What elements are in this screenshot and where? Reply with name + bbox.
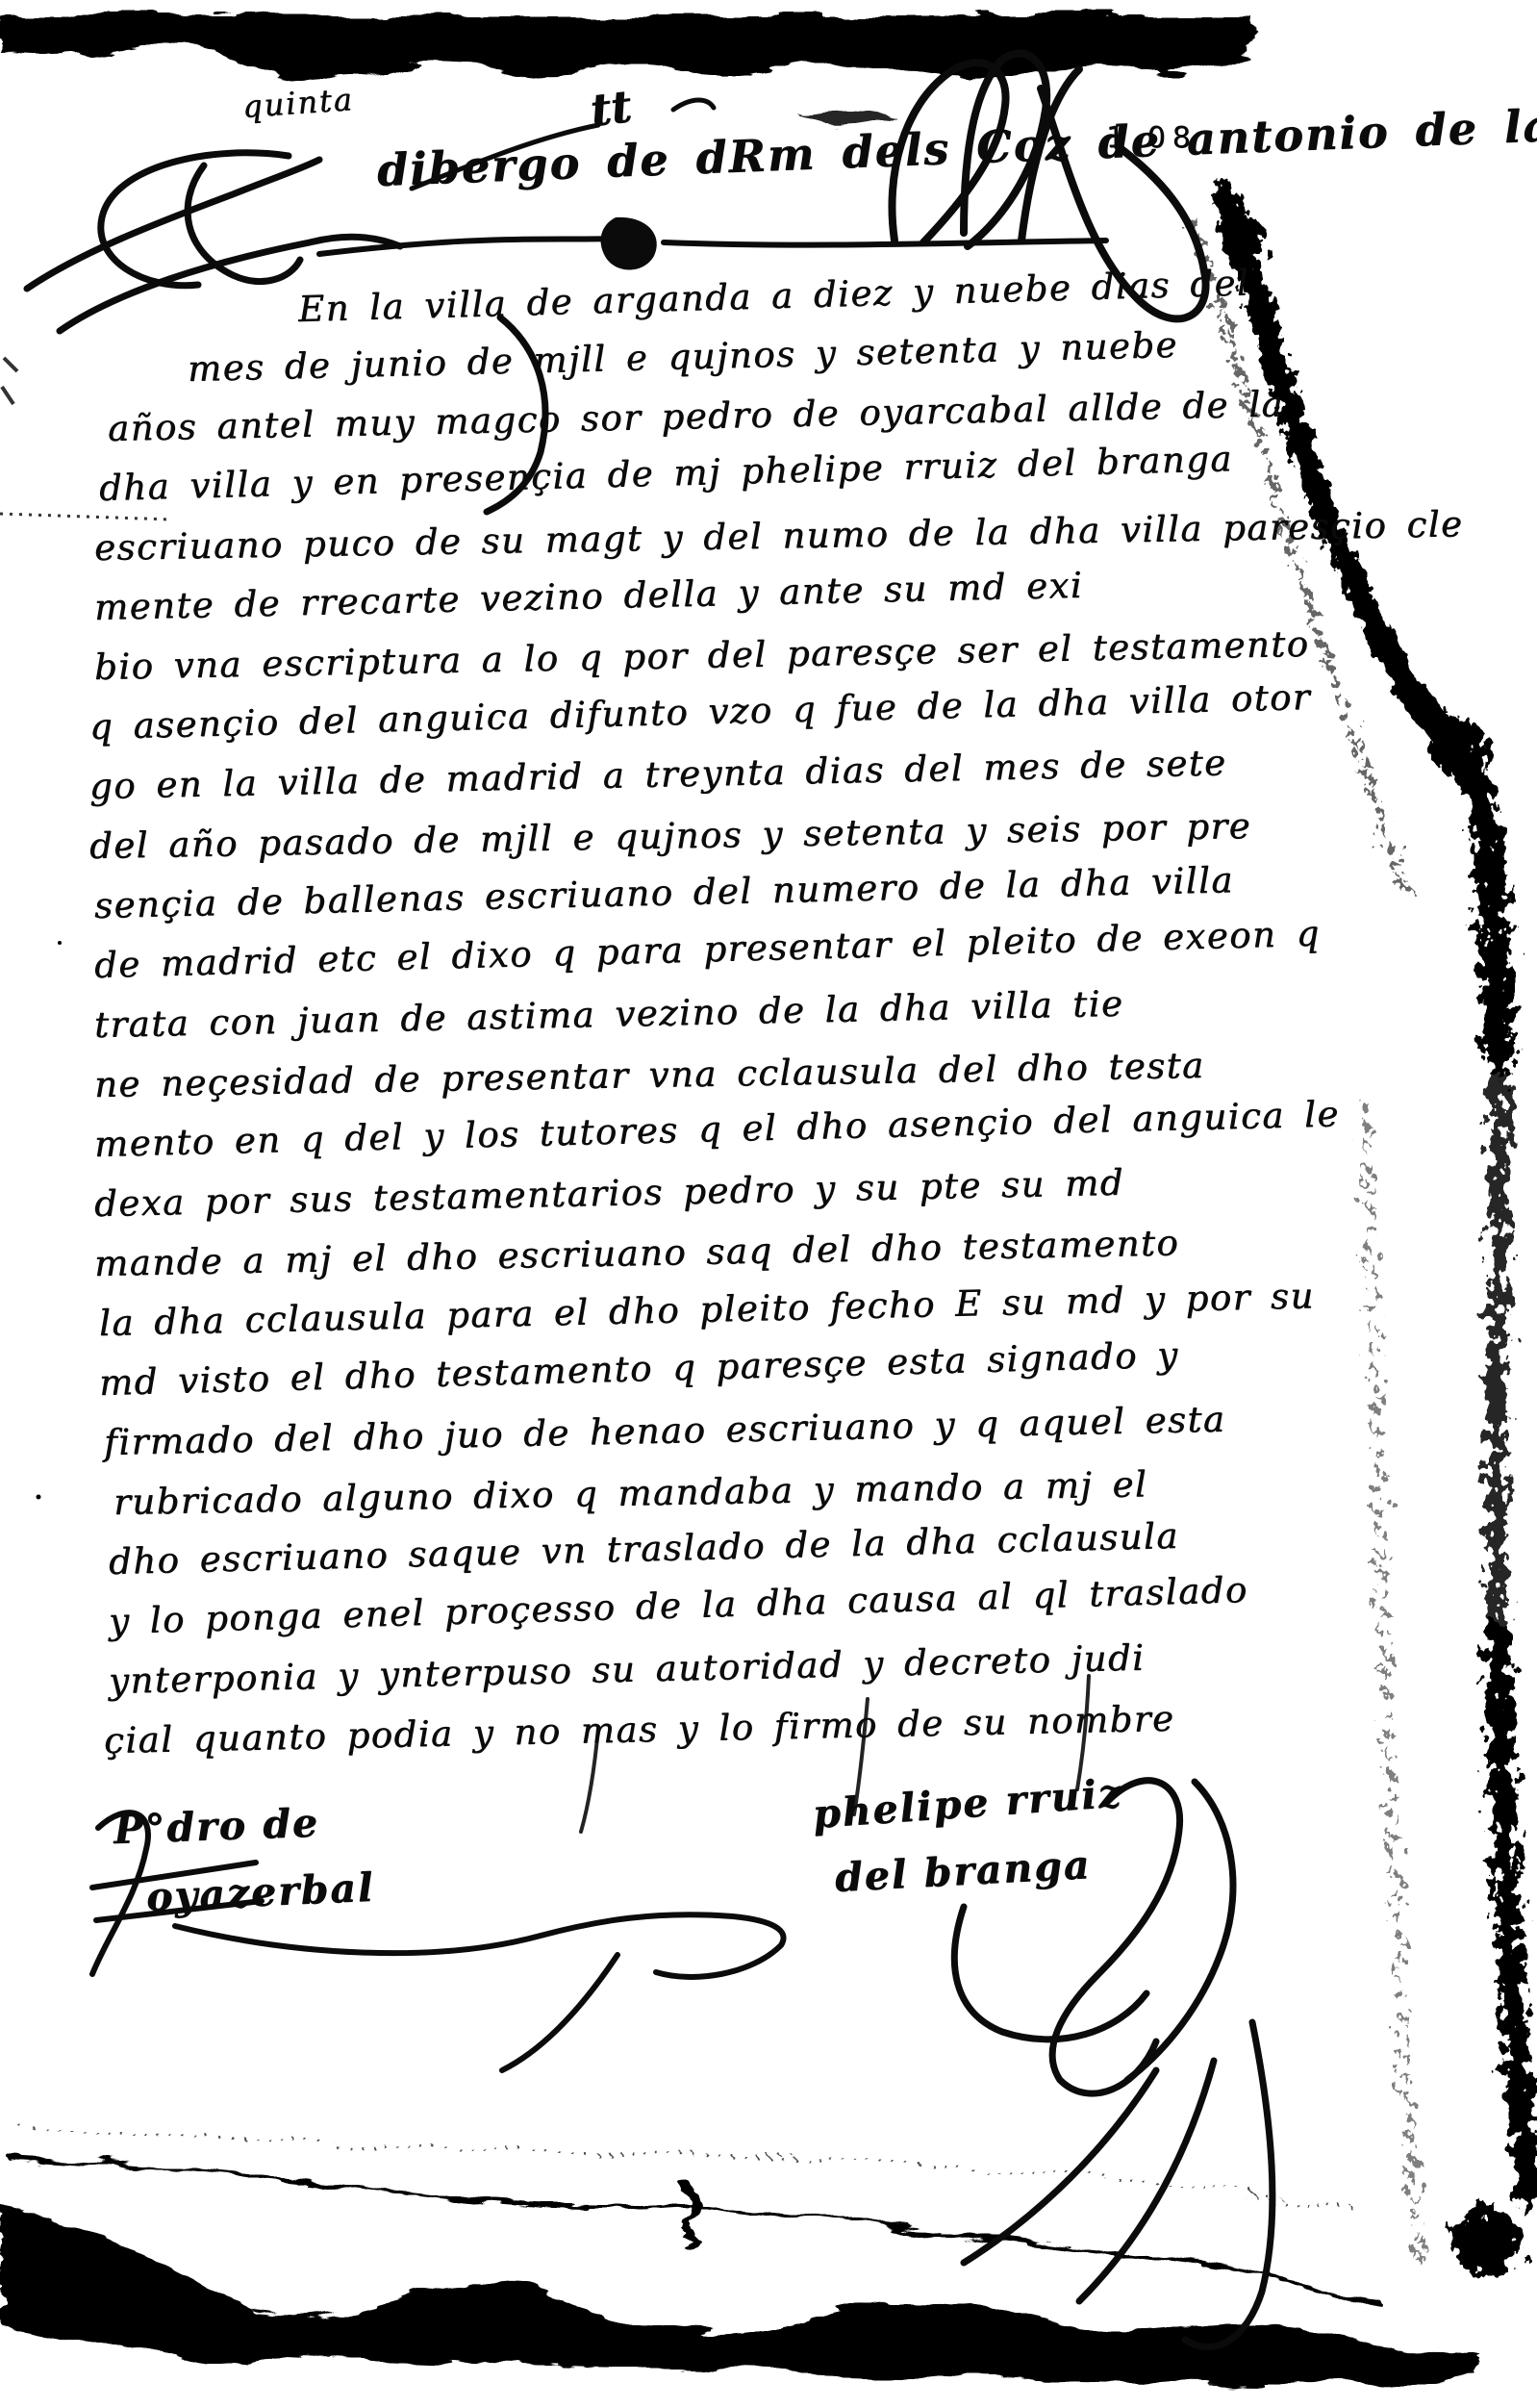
header-line: dibergo de dRm dels Coz de antonio de la…	[376, 92, 1537, 196]
quire-mark: quinta	[241, 81, 355, 125]
left-signature-name-line1: P°dro de	[113, 1800, 320, 1853]
left-signature-rubric	[92, 1812, 784, 2070]
manuscript-line: de madrid etc el dixo q para presentar e…	[93, 913, 1321, 986]
manuscript-line: bio vna escriptura a lo q por del paresç…	[94, 623, 1310, 688]
manuscript-line: En la villa de arganda a diez y nuebe di…	[297, 262, 1249, 330]
right-signature-name-line2: del branga	[834, 1841, 1093, 1901]
manuscript-line: mente de rrecarte vezino della y ante su…	[94, 565, 1084, 628]
manuscript-line: años antel muy magco sor pedro de oyarca…	[108, 383, 1285, 449]
bottom-torn-edge	[0, 2126, 1483, 2383]
manuscript-line: trata con juan de astima vezino de la dh…	[94, 983, 1124, 1046]
manuscript-line: mento en q del y los tutores q el dho as…	[93, 1093, 1340, 1165]
manuscript-line: çial quanto podia y no mas y lo firmo de…	[104, 1698, 1175, 1762]
manuscript-line: dexa por sus testamentarios pedro y su p…	[94, 1162, 1125, 1225]
manuscript-line: mes de junio de mjll e qujnos y setenta …	[187, 324, 1178, 390]
right-signature-name-line1: phelipe rruiz	[811, 1770, 1123, 1838]
manuscript-line: y lo ponga enel proçesso de la dha causa…	[108, 1569, 1248, 1642]
left-signature-name-line2: oyazerbal	[145, 1864, 375, 1920]
manuscript-line: q asençio del anguica difunto vzo q fue …	[88, 676, 1311, 748]
manuscript-line: firmado del dho juo de henao escriuano y…	[104, 1399, 1226, 1463]
manuscript-line: go en la villa de madrid a treynta dias …	[89, 742, 1227, 807]
manuscript-line: dho escriuano saque vn traslado de la dh…	[108, 1515, 1179, 1583]
manuscript-line: ne neçesidad de presentar vna cclausula …	[94, 1045, 1205, 1105]
manuscript-line: rubricado alguno dixo q mandaba y mando …	[113, 1463, 1148, 1523]
manuscript-line: la dha cclausula para el dho pleito fech…	[99, 1275, 1316, 1344]
header-underline-swash	[319, 217, 1106, 270]
manuscript-line: del año pasado de mjll e qujnos y setent…	[89, 805, 1252, 867]
manuscript-page-scan: quinta tt 1 08 dibergo de dRm dels Coz d…	[0, 0, 1537, 2408]
manuscript-line: dha villa y en presençia de mj phelipe r…	[98, 438, 1233, 509]
manuscript-line: mande a mj el dho escriuano saq del dho …	[94, 1222, 1180, 1284]
manuscript-line: md visto el dho testamento q paresçe est…	[98, 1334, 1179, 1404]
manuscript-line: ynterponia y ynterpuso su autoridad y de…	[109, 1637, 1146, 1702]
manuscript-line: sençia de ballenas escriuano del numero …	[94, 859, 1235, 926]
manuscript-line: escriuano puco de su magt y del numo de …	[94, 503, 1464, 569]
paragraph-mark: tt	[588, 80, 635, 137]
